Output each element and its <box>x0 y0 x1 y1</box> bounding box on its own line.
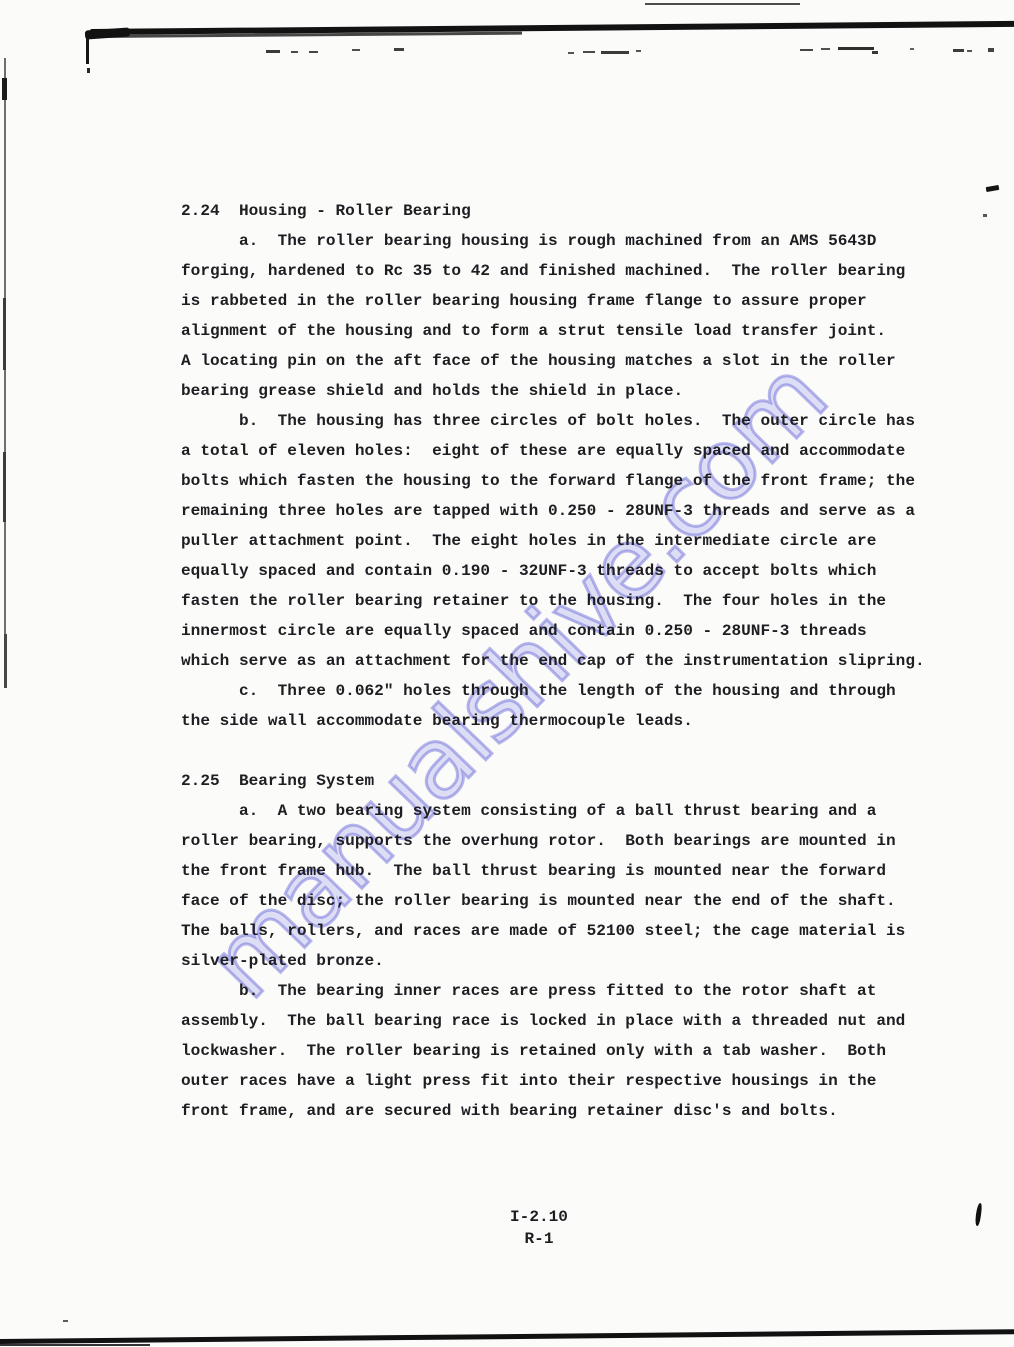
scan-artifact-bottom-rule-fray <box>0 1344 150 1346</box>
scan-speck <box>394 48 404 51</box>
scan-artifact-right-speck <box>983 214 987 217</box>
scan-artifact-footer-hook <box>975 1203 983 1226</box>
scan-speck <box>967 50 972 52</box>
scan-speck <box>636 50 641 52</box>
text-line: A locating pin on the aft face of the ho… <box>181 346 925 376</box>
scan-speck <box>988 48 994 52</box>
text-line: remaining three holes are tapped with 0.… <box>181 496 925 526</box>
scan-artifact-left-edge-mark <box>3 452 6 522</box>
scan-speck <box>309 51 318 53</box>
text-line: bearing grease shield and holds the shie… <box>181 376 925 406</box>
text-line <box>181 736 925 766</box>
text-line: outer races have a light press fit into … <box>181 1066 925 1096</box>
scan-artifact-top-rule <box>90 21 1014 35</box>
scan-speck <box>800 49 813 51</box>
text-line: b. The bearing inner races are press fit… <box>181 976 925 1006</box>
text-line: silver-plated bronze. <box>181 946 925 976</box>
text-line: the front frame hub. The ball thrust bea… <box>181 856 925 886</box>
page-footer: I-2.10 R-1 <box>439 1206 639 1250</box>
scan-speck <box>821 48 830 50</box>
text-line: fasten the roller bearing retainer to th… <box>181 586 925 616</box>
scan-speck <box>910 48 914 50</box>
page-number: I-2.10 <box>439 1206 639 1228</box>
text-line: innermost circle are equally spaced and … <box>181 616 925 646</box>
scan-artifact-top-edge-line <box>645 3 800 5</box>
text-line: equally spaced and contain 0.190 - 32UNF… <box>181 556 925 586</box>
document-text: 2.24 Housing - Roller Bearing a. The rol… <box>181 196 925 1126</box>
text-line: bolts which fasten the housing to the fo… <box>181 466 925 496</box>
scan-artifact-left-edge-mark <box>4 634 7 688</box>
text-line: lockwasher. The roller bearing is retain… <box>181 1036 925 1066</box>
scan-artifact-bottom-rule <box>0 1329 1014 1344</box>
scanned-page: manualshive.com 2.24 Housing - Roller Be… <box>0 0 1014 1347</box>
text-line: forging, hardened to Rc 35 to 42 and fin… <box>181 256 925 286</box>
scan-artifact-left-edge-line <box>4 58 6 688</box>
revision-number: R-1 <box>439 1228 639 1250</box>
scan-artifact-margin-tick <box>86 37 89 64</box>
text-line: alignment of the housing and to form a s… <box>181 316 925 346</box>
scan-artifact-margin-tick-dot <box>87 68 90 73</box>
text-line: a total of eleven holes: eight of these … <box>181 436 925 466</box>
scan-speck <box>352 49 360 51</box>
text-line: a. The roller bearing housing is rough m… <box>181 226 925 256</box>
scan-artifact-left-edge-mark <box>3 298 6 370</box>
text-line: The balls, rollers, and races are made o… <box>181 916 925 946</box>
text-line: which serve as an attachment for the end… <box>181 646 925 676</box>
text-line: c. Three 0.062" holes through the length… <box>181 676 925 706</box>
scan-speck <box>872 51 878 54</box>
scan-speck <box>291 51 298 53</box>
section-heading: 2.24 Housing - Roller Bearing <box>181 196 925 226</box>
scan-speck <box>568 52 574 54</box>
scan-artifact-left-edge-mark <box>2 78 7 100</box>
text-line: face of the disc; the roller bearing is … <box>181 886 925 916</box>
scan-speck <box>838 47 874 50</box>
scan-speck <box>601 51 629 54</box>
text-line: roller bearing, supports the overhung ro… <box>181 826 925 856</box>
text-line: front frame, and are secured with bearin… <box>181 1096 925 1126</box>
section-heading: 2.25 Bearing System <box>181 766 925 796</box>
text-line: puller attachment point. The eight holes… <box>181 526 925 556</box>
scan-artifact-right-dash <box>986 185 1000 192</box>
text-line: a. A two bearing system consisting of a … <box>181 796 925 826</box>
scan-speck <box>583 51 595 53</box>
text-line: is rabbeted in the roller bearing housin… <box>181 286 925 316</box>
scan-artifact-bottom-speck <box>63 1320 68 1322</box>
scan-speck <box>266 50 280 53</box>
text-line: the side wall accommodate bearing thermo… <box>181 706 925 736</box>
scan-speck <box>953 49 964 52</box>
text-line: b. The housing has three circles of bolt… <box>181 406 925 436</box>
text-line: assembly. The ball bearing race is locke… <box>181 1006 925 1036</box>
